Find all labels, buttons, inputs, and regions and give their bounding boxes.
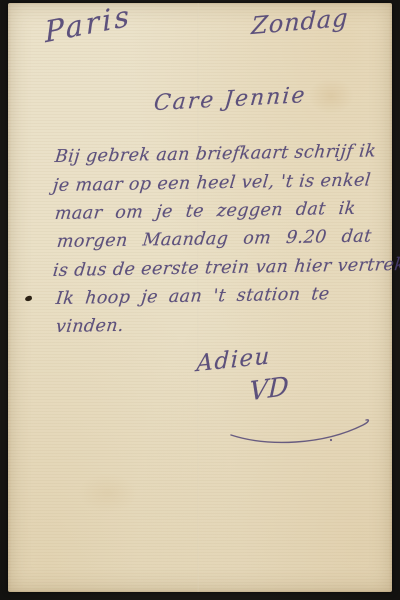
letter-body-line: vinden. xyxy=(55,316,125,337)
photo-background: Paris Zondag Care Jennie Bij gebrek aan … xyxy=(0,0,400,600)
letter-closing: Adieu xyxy=(196,343,271,377)
letter-body-line: morgen Maandag om 9.20 dat xyxy=(56,227,373,253)
paper-hole xyxy=(24,295,32,302)
foxing-spot xyxy=(78,473,138,513)
letter-body-line: Bij gebrek aan briefkaart schrijf ik xyxy=(54,141,377,167)
letter-body-line: je maar op een heel vel, 't is enkel xyxy=(52,170,372,196)
foxing-spot xyxy=(308,78,354,114)
letter-body-line: maar om je te zeggen dat ik xyxy=(54,199,357,224)
letter-paper: Paris Zondag Care Jennie Bij gebrek aan … xyxy=(8,3,392,592)
letter-place: Paris xyxy=(44,0,133,49)
letter-date: Zondag xyxy=(251,3,350,40)
letter-body-line: Ik hoop je aan 't station te xyxy=(55,284,331,309)
letter-salutation: Care Jennie xyxy=(153,83,308,116)
letter-body-line: is dus de eerste trein van hier vertrek. xyxy=(52,255,400,281)
letter-signature: VD xyxy=(249,371,289,407)
signature-flourish xyxy=(223,409,393,453)
